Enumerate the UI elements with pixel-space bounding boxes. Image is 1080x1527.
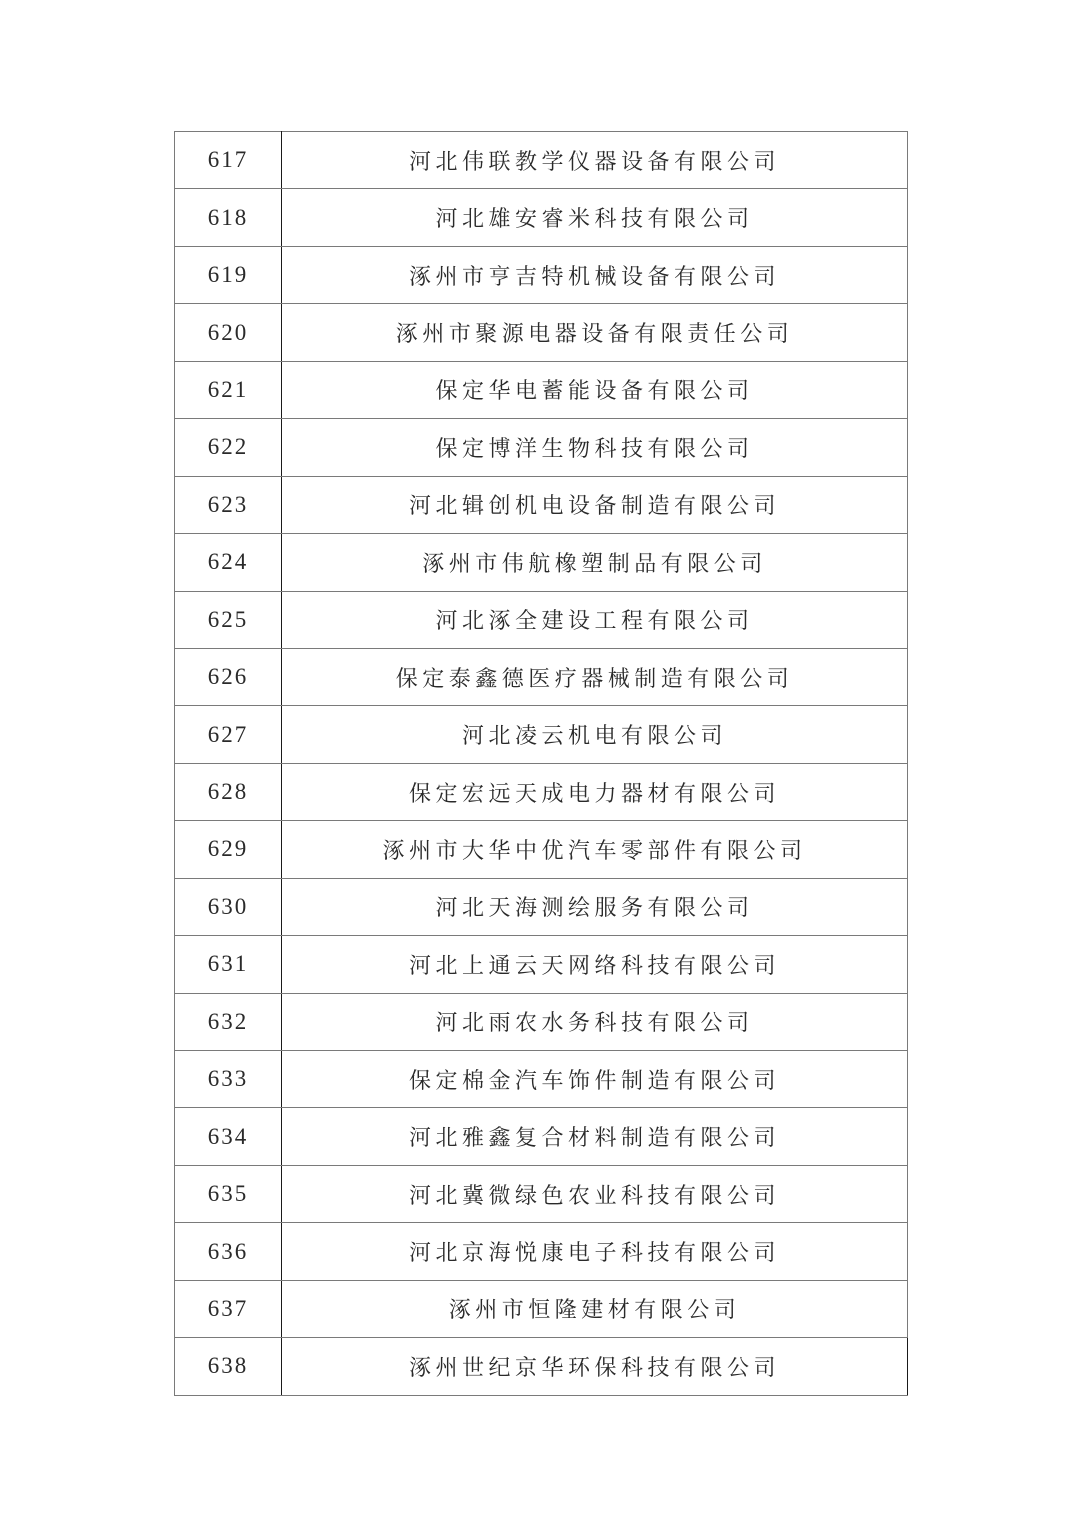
row-number: 632 — [175, 993, 282, 1050]
row-number: 636 — [175, 1223, 282, 1280]
row-number: 634 — [175, 1108, 282, 1165]
company-name: 保定宏远天成电力器材有限公司 — [282, 763, 908, 820]
company-name: 河北伟联教学仪器设备有限公司 — [282, 132, 908, 189]
table-row: 636 河北京海悦康电子科技有限公司 — [175, 1223, 908, 1280]
row-number: 638 — [175, 1338, 282, 1395]
company-name: 保定泰鑫德医疗器械制造有限公司 — [282, 648, 908, 705]
table-row: 623 河北辑创机电设备制造有限公司 — [175, 476, 908, 533]
table-row: 619 涿州市亨吉特机械设备有限公司 — [175, 246, 908, 303]
company-name: 涿州世纪京华环保科技有限公司 — [282, 1338, 908, 1395]
table-row: 620 涿州市聚源电器设备有限责任公司 — [175, 304, 908, 361]
row-number: 622 — [175, 419, 282, 476]
company-name: 河北凌云机电有限公司 — [282, 706, 908, 763]
row-number: 628 — [175, 763, 282, 820]
row-number: 625 — [175, 591, 282, 648]
company-name: 保定华电蓄能设备有限公司 — [282, 361, 908, 418]
row-number: 630 — [175, 878, 282, 935]
company-name: 涿州市恒隆建材有限公司 — [282, 1280, 908, 1337]
table-row: 628 保定宏远天成电力器材有限公司 — [175, 763, 908, 820]
table-row: 631 河北上通云天网络科技有限公司 — [175, 936, 908, 993]
row-number: 620 — [175, 304, 282, 361]
company-name: 河北天海测绘服务有限公司 — [282, 878, 908, 935]
table-row: 629 涿州市大华中优汽车零部件有限公司 — [175, 821, 908, 878]
row-number: 626 — [175, 648, 282, 705]
row-number: 617 — [175, 132, 282, 189]
company-list-table: 617 河北伟联教学仪器设备有限公司 618 河北雄安睿米科技有限公司 619 … — [174, 131, 908, 1396]
company-name: 河北雅鑫复合材料制造有限公司 — [282, 1108, 908, 1165]
table-row: 625 河北涿全建设工程有限公司 — [175, 591, 908, 648]
table-body: 617 河北伟联教学仪器设备有限公司 618 河北雄安睿米科技有限公司 619 … — [175, 132, 908, 1396]
company-name: 河北涿全建设工程有限公司 — [282, 591, 908, 648]
table-row: 635 河北冀微绿色农业科技有限公司 — [175, 1165, 908, 1222]
row-number: 627 — [175, 706, 282, 763]
company-name: 河北雨农水务科技有限公司 — [282, 993, 908, 1050]
table-row: 627 河北凌云机电有限公司 — [175, 706, 908, 763]
company-name: 涿州市亨吉特机械设备有限公司 — [282, 246, 908, 303]
table-row: 633 保定棉金汽车饰件制造有限公司 — [175, 1051, 908, 1108]
row-number: 618 — [175, 189, 282, 246]
table-row: 617 河北伟联教学仪器设备有限公司 — [175, 132, 908, 189]
company-name: 涿州市聚源电器设备有限责任公司 — [282, 304, 908, 361]
table-row: 637 涿州市恒隆建材有限公司 — [175, 1280, 908, 1337]
row-number: 631 — [175, 936, 282, 993]
row-number: 635 — [175, 1165, 282, 1222]
row-number: 637 — [175, 1280, 282, 1337]
table-row: 618 河北雄安睿米科技有限公司 — [175, 189, 908, 246]
table-row: 622 保定博洋生物科技有限公司 — [175, 419, 908, 476]
company-name: 河北上通云天网络科技有限公司 — [282, 936, 908, 993]
table-row: 626 保定泰鑫德医疗器械制造有限公司 — [175, 648, 908, 705]
row-number: 633 — [175, 1051, 282, 1108]
company-name: 涿州市伟航橡塑制品有限公司 — [282, 534, 908, 591]
row-number: 623 — [175, 476, 282, 533]
document-page: 617 河北伟联教学仪器设备有限公司 618 河北雄安睿米科技有限公司 619 … — [0, 0, 1080, 1527]
row-number: 619 — [175, 246, 282, 303]
table-row: 634 河北雅鑫复合材料制造有限公司 — [175, 1108, 908, 1165]
row-number: 621 — [175, 361, 282, 418]
company-name: 河北辑创机电设备制造有限公司 — [282, 476, 908, 533]
table-row: 624 涿州市伟航橡塑制品有限公司 — [175, 534, 908, 591]
company-name: 保定博洋生物科技有限公司 — [282, 419, 908, 476]
table-row: 632 河北雨农水务科技有限公司 — [175, 993, 908, 1050]
company-name: 河北京海悦康电子科技有限公司 — [282, 1223, 908, 1280]
table-row: 630 河北天海测绘服务有限公司 — [175, 878, 908, 935]
company-name: 涿州市大华中优汽车零部件有限公司 — [282, 821, 908, 878]
company-name: 保定棉金汽车饰件制造有限公司 — [282, 1051, 908, 1108]
table-row: 621 保定华电蓄能设备有限公司 — [175, 361, 908, 418]
table-row: 638 涿州世纪京华环保科技有限公司 — [175, 1338, 908, 1395]
row-number: 629 — [175, 821, 282, 878]
company-name: 河北雄安睿米科技有限公司 — [282, 189, 908, 246]
row-number: 624 — [175, 534, 282, 591]
company-name: 河北冀微绿色农业科技有限公司 — [282, 1165, 908, 1222]
